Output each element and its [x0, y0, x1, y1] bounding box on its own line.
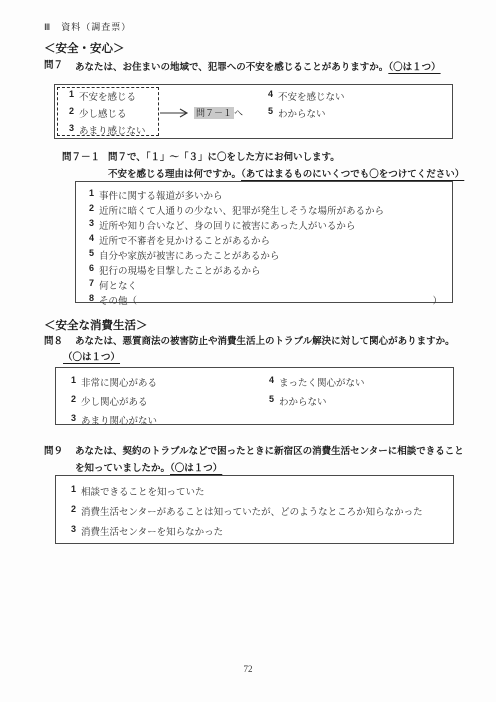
- q7-1-option-row: 4 近所で不審者を見かけることがあるから: [89, 233, 270, 247]
- option-number: 3: [71, 524, 81, 534]
- option-number: 2: [89, 203, 99, 213]
- option-label: 相談できることを知っていた: [81, 484, 205, 498]
- q7-branch-target: 問７－１へ: [194, 106, 243, 119]
- q9-option-row: 2 消費生活センターがあることは知っていたが、どのようなところか知らなかった: [71, 504, 423, 518]
- option-label: 事件に関する報道が多いから: [99, 188, 223, 202]
- q8-question-text: あなたは、悪質商法の被害防止や消費生活上のトラブル解決に対して関心がありますか。: [75, 333, 455, 347]
- branch-target-suffix: へ: [234, 108, 243, 118]
- branch-arrow-icon: [159, 107, 191, 119]
- option-label: 近所に暗くて人通りの少ない、犯罪が発生しそうな場所があるから: [99, 203, 384, 217]
- option-number: 1: [89, 188, 99, 198]
- q9-question-line2: を知っていましたか。（〇は１つ）: [75, 458, 222, 476]
- q7-1-options-box: 1 事件に関する報道が多いから 2 近所に暗くて人通りの少ない、犯罪が発生しそう…: [75, 181, 453, 303]
- section-title-safety: ＜安全・安心＞: [44, 40, 125, 56]
- option-label: 非常に関心がある: [81, 375, 157, 389]
- q7-instruction: （〇は１つ）: [388, 62, 440, 73]
- q7-label: 問７: [44, 57, 63, 71]
- option-number: 4: [89, 233, 99, 243]
- q7-1-label: 問７－１: [62, 149, 100, 163]
- q8-option-row: 4 まったく関心がない: [269, 375, 365, 389]
- option-number: 8: [89, 293, 99, 303]
- q7-1-option-row: 2 近所に暗くて人通りの少ない、犯罪が発生しそうな場所があるから: [89, 203, 384, 217]
- q8-label: 問８: [44, 333, 63, 347]
- q7-option-row: 4 不安を感じない: [268, 89, 345, 103]
- option-label: 消費生活センターがあることは知っていたが、どのようなところか知らなかった: [81, 504, 423, 518]
- option-label: 何となく: [99, 278, 137, 292]
- q8-option-row: 3 あまり関心がない: [71, 413, 157, 427]
- option-number: 5: [268, 106, 278, 116]
- option-number: 2: [71, 504, 81, 514]
- option-number: 3: [71, 413, 81, 423]
- other-option-close-paren: ）: [432, 293, 442, 307]
- page-number: 72: [0, 664, 496, 674]
- option-label: 不安を感じない: [278, 89, 345, 103]
- q7-option-row: 3 あまり感じない: [69, 123, 146, 137]
- q7-option-row: 1 不安を感じる: [69, 89, 136, 103]
- q8-options-box: 1 非常に関心がある 2 少し関心がある 3 あまり関心がない 4 まったく関心…: [55, 367, 454, 425]
- q7-1-question-line: 不安を感じる理由は何ですか。（あてはまるものにいくつでも〇をつけてください）: [108, 164, 464, 182]
- option-label: 少し感じる: [79, 106, 127, 120]
- option-label: あまり感じない: [79, 123, 146, 137]
- option-label: 自分や家族が被害にあったことがあるから: [99, 248, 279, 262]
- option-number: 6: [89, 263, 99, 273]
- option-number: 2: [69, 106, 79, 116]
- q7-1-option-row: 6 犯行の現場を目撃したことがあるから: [89, 263, 261, 277]
- q9-question-line1: あなたは、契約のトラブルなどで困ったときに新宿区の消費生活センターに相談できるこ…: [75, 443, 464, 457]
- branch-target-highlight: 問７－１: [194, 107, 234, 119]
- survey-document-page: { "doc": { "header": "Ⅲ 資料（調査票）", "page_…: [0, 0, 496, 702]
- q7-1-question-text: 不安を感じる理由は何ですか。: [108, 169, 241, 180]
- option-label: わからない: [278, 106, 326, 120]
- option-number: 1: [71, 375, 81, 385]
- q9-options-box: 1 相談できることを知っていた 2 消費生活センターがあることは知っていたが、ど…: [55, 475, 454, 544]
- option-label: その他（: [99, 293, 137, 307]
- q7-1-option-row: 7 何となく: [89, 278, 137, 292]
- q7-1-option-row: 3 近所や知り合いなど、身の回りに被害にあった人がいるから: [89, 218, 355, 232]
- q7-1-option-row: 8 その他（: [89, 293, 137, 307]
- q7-option-row: 2 少し感じる: [69, 106, 127, 120]
- option-number: 5: [89, 248, 99, 258]
- q8-option-row: 5 わからない: [269, 394, 327, 408]
- q7-1-option-row: 1 事件に関する報道が多いから: [89, 188, 223, 202]
- option-number: 3: [69, 123, 79, 133]
- option-number: 4: [269, 375, 279, 385]
- q9-option-row: 3 消費生活センターを知らなかった: [71, 524, 223, 538]
- q7-question-line: あなたは、お住まいの地域で、犯罪への不安を感じることがありますか。（〇は１つ）: [75, 57, 441, 75]
- option-label: あまり関心がない: [81, 413, 157, 427]
- q7-question-text: あなたは、お住まいの地域で、犯罪への不安を感じることがありますか。: [75, 62, 388, 73]
- q8-instruction: （〇は１つ）: [63, 349, 120, 363]
- section-title-consumer: ＜安全な消費生活＞: [44, 317, 148, 333]
- option-label: 少し関心がある: [81, 394, 148, 408]
- option-number: 5: [269, 394, 279, 404]
- option-label: 近所や知り合いなど、身の回りに被害にあった人がいるから: [99, 218, 355, 232]
- option-number: 1: [69, 89, 79, 99]
- option-number: 3: [89, 218, 99, 228]
- option-label: 不安を感じる: [79, 89, 136, 103]
- option-label: わからない: [279, 394, 327, 408]
- q7-options-box: 1 不安を感じる 2 少し感じる 3 あまり感じない 問７－１へ 4 不安を感じ…: [54, 84, 453, 139]
- q8-option-row: 2 少し関心がある: [71, 394, 148, 408]
- option-label: まったく関心がない: [279, 375, 365, 389]
- option-number: 1: [71, 484, 81, 494]
- q7-1-instruction: （あてはまるものにいくつでも〇をつけてください）: [241, 169, 464, 180]
- q9-question-text2: を知っていましたか。: [75, 463, 170, 474]
- q8-option-row: 1 非常に関心がある: [71, 375, 157, 389]
- q7-option-row: 5 わからない: [268, 106, 326, 120]
- option-label: 消費生活センターを知らなかった: [81, 524, 223, 538]
- q9-option-row: 1 相談できることを知っていた: [71, 484, 205, 498]
- q9-instruction: （〇は１つ）: [170, 463, 222, 474]
- option-label: 犯行の現場を目撃したことがあるから: [99, 263, 261, 277]
- option-label: 近所で不審者を見かけることがあるから: [99, 233, 270, 247]
- q7-1-option-row: 5 自分や家族が被害にあったことがあるから: [89, 248, 279, 262]
- option-number: 2: [71, 394, 81, 404]
- option-number: 4: [268, 89, 278, 99]
- document-header: Ⅲ 資料（調査票）: [44, 20, 131, 33]
- q9-label: 問９: [44, 443, 63, 457]
- option-number: 7: [89, 278, 99, 288]
- q7-1-intro: 問７で、「１」～「３」に〇をした方にお伺いします。: [108, 149, 340, 163]
